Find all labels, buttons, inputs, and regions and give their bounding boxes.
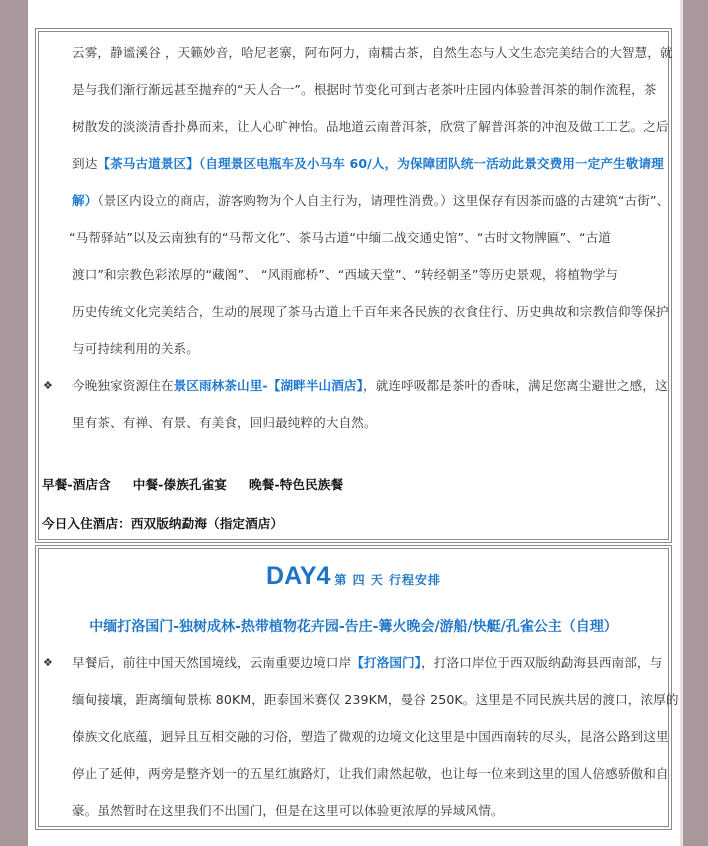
text: ，打洛口岸位于西双版纳勐海县西南部，与 [421,655,662,670]
text: 早餐后，前往中国天然国境线，云南重要边境口岸 [72,655,351,670]
paragraph-line: 是与我们渐行渐远甚至抛弃的“天人合一”。根据时节变化可到古老茶叶庄园内体验普洱茶… [72,82,656,98]
paragraph-line: 停止了延伸，两旁是整齐划一的五星红旗路灯，让我们肃然起敬，也让每一位来到这里的国… [72,766,669,782]
paragraph-line: 缅甸接壤，距离缅甸景栋 80KM，距泰国米赛仅 239KM，曼谷 250K。这里… [72,692,679,708]
paragraph-line: 云雾，静谧溪谷 ，天籁妙音，哈尼老寨，阿布阿力，南糯古茶，自然生态与人文生态完美… [72,45,673,61]
highlight-text: 解） [72,193,97,208]
route-title: 中缅打洛国门-独树成林-热带植物花卉园-告庄-篝火晚会/游船/快艇/孔雀公主（自… [39,616,668,636]
highlight-daluo-gate: 【打洛国门】 [351,655,421,670]
text: 到达 [72,156,97,171]
day-label: DAY4 [266,562,330,590]
highlight-tea-horse-road: 【茶马古道景区】（自理景区电瓶车及小马车 60/人，为保障团队统一活动此景交费用… [97,156,663,171]
breakfast: 早餐-酒店含 [42,477,111,492]
day3-itinerary-box: 云雾，静谧溪谷 ，天籁妙音，哈尼老寨，阿布阿力，南糯古茶，自然生态与人文生态完美… [35,28,672,543]
paragraph-line: “马帮驿站”以及云南独有的“马帮文化”、茶马古道“中缅二战交通史馆”、“古时文物… [69,230,611,246]
paragraph-line: 渡口”和宗教色彩浓厚的“藏阁”、 “风雨廊桥”、“西域天堂”、“转经朝圣”等历史… [72,267,618,283]
day4-itinerary-box: DAY4第 四 天 行程安排 中缅打洛国门-独树成林-热带植物花卉园-告庄-篝火… [35,545,672,830]
paragraph-line: 树散发的淡淡清香扑鼻而来，让人心旷神怡。品地道云南普洱茶，欣赏了解普洱茶的冲泡及… [72,119,669,135]
page-edge [680,0,683,846]
text: 今晚独家资源住在 [72,378,174,393]
day-heading: DAY4第 四 天 行程安排 [39,562,668,591]
text: ，就连呼吸都是茶叶的香味，满足您离尘避世之感，这 [363,378,668,393]
paragraph-line: 与可持续利用的关系。 [72,341,199,357]
paragraph-line: 到达【茶马古道景区】（自理景区电瓶车及小马车 60/人，为保障团队统一活动此景交… [72,156,664,172]
highlight-hotel: 景区雨林茶山里-【湖畔半山酒店】 [174,378,363,393]
lunch: 中餐-傣族孔雀宴 [133,477,227,492]
paragraph-line: 里有茶、有禅、有景、有美食，回归最纯粹的大自然。 [72,415,377,431]
day-subtitle: 第 四 天 行程安排 [334,573,441,587]
meals-line: 早餐-酒店含中餐-傣族孔雀宴晚餐-特色民族餐 [42,477,343,493]
diamond-bullet-icon: ❖ [43,655,53,671]
hotel-today: 今日入住酒店：西双版纳勐海（指定酒店） [42,516,283,532]
paragraph-line: 解）（景区内设立的商店，游客购物为个人自主行为，请理性消费。）这里保存有因茶而盛… [72,193,669,209]
paragraph-line: 豪。虽然暂时在这里我们不出国门，但是在这里可以体验更浓厚的异域风情。 [72,803,504,819]
dinner: 晚餐-特色民族餐 [249,477,343,492]
diamond-bullet-icon: ❖ [43,378,53,394]
paragraph-line: 早餐后，前往中国天然国境线，云南重要边境口岸【打洛国门】，打洛口岸位于西双版纳勐… [72,655,662,671]
text: （景区内设立的商店，游客购物为个人自主行为，请理性消费。）这里保存有因茶而盛的古… [97,193,669,208]
paragraph-line: 傣族文化底蕴，迥异且互相交融的习俗，塑造了微观的边境文化这里是中国西南转的尽头，… [72,729,669,745]
hotel-bullet-line: 今晚独家资源住在景区雨林茶山里-【湖畔半山酒店】，就连呼吸都是茶叶的香味，满足您… [72,378,668,394]
paragraph-line: 历史传统文化完美结合，生动的展现了茶马古道上千百年来各民族的衣食住行、历史典故和… [72,304,669,320]
